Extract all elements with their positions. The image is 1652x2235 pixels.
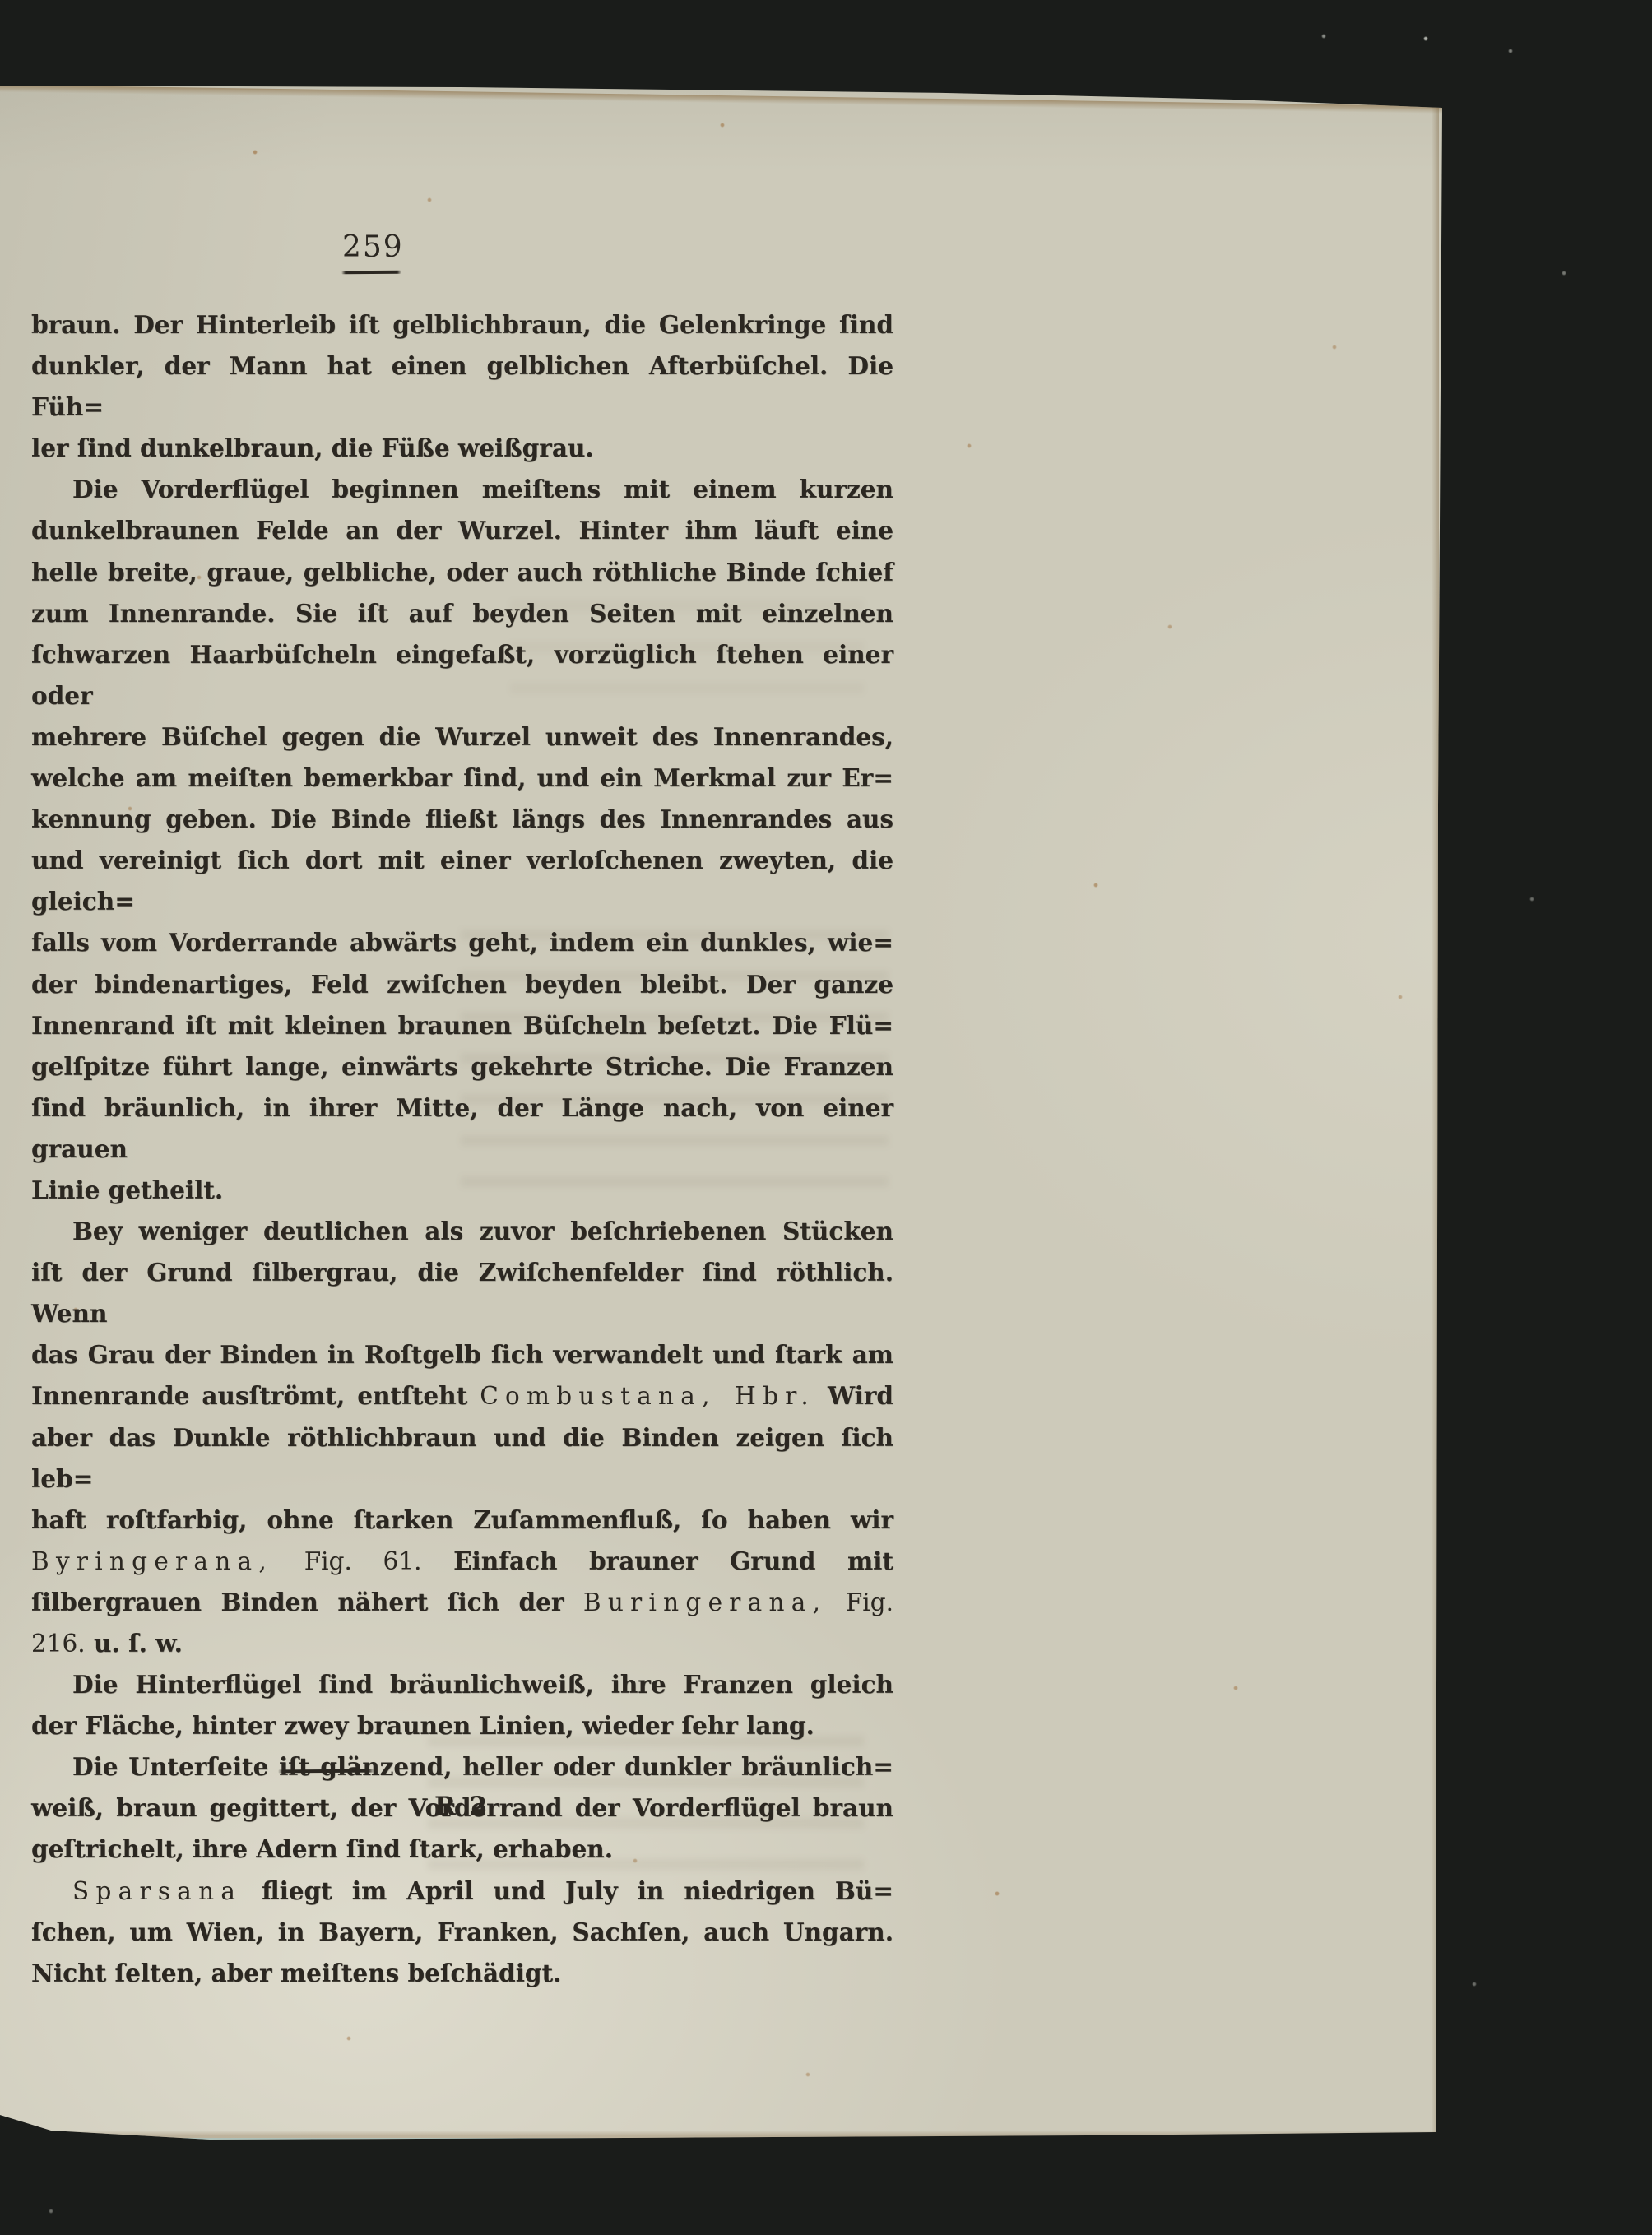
text-line: aber das Dunkle röthlichbraun und die Bi… <box>31 1417 893 1500</box>
paragraph: Sparsana fliegt im April und July in nie… <box>31 1871 893 1994</box>
paper-edge-top <box>0 85 1452 114</box>
text-line: ler ſind dunkelbraun, die Füße weißgrau. <box>31 428 893 469</box>
text-line: falls vom Vorderrande abwärts geht, inde… <box>31 922 893 963</box>
text-line: helle breite, graue, gelbliche, oder auc… <box>31 552 893 593</box>
text-line: und vereinigt ſich dort mit einer verloſ… <box>31 840 893 922</box>
text-line: Die Vorderflügel beginnen meiſtens mit e… <box>31 469 893 510</box>
text-segment: u. ſ. w. <box>86 1629 183 1658</box>
text-line: Innenrand iſt mit kleinen braunen Büſche… <box>31 1005 893 1046</box>
paragraph: Die Hinterflügel ſind bräunlichweiß, ihr… <box>31 1664 893 1746</box>
species-name: Sparsana <box>72 1877 242 1905</box>
text-line: braun. Der Hinterleib iſt gelblichbraun,… <box>31 304 893 345</box>
text-line: gelſpitze führt lange, einwärts gekehrte… <box>31 1046 893 1087</box>
signature-mark: R 2 <box>434 1792 490 1821</box>
text-line: ſind bräunlich, in ihrer Mitte, der Läng… <box>31 1087 893 1170</box>
page-number-underline <box>341 271 401 275</box>
paper-edge-right <box>1432 105 1439 2134</box>
species-name: Byringerana, <box>31 1547 273 1575</box>
paragraph: Die Vorderflügel beginnen meiſtens mit e… <box>31 469 893 1211</box>
text-segment: fliegt im April und July in niedrigen Bü… <box>242 1876 893 1905</box>
scanned-book-page: 259 braun. Der Hinterleib iſt gelblichbr… <box>0 0 1652 2235</box>
text-block: braun. Der Hinterleib iſt gelblichbraun,… <box>31 304 893 1994</box>
text-line: Die Hinterflügel ſind bräunlichweiß, ihr… <box>31 1664 893 1705</box>
text-line: der bindenartiges, Feld zwiſchen beyden … <box>31 964 893 1005</box>
paragraph: Bey weniger deutlichen als zuvor beſchri… <box>31 1211 893 1664</box>
text-line: iſt der Grund ſilbergrau, die Zwiſchenfe… <box>31 1252 893 1334</box>
paragraph: braun. Der Hinterleib iſt gelblichbraun,… <box>31 304 893 469</box>
figure-reference: Fig. <box>827 1588 893 1616</box>
text-line: Innenrande ausſtrömt, entſteht Combustan… <box>31 1375 893 1417</box>
text-line: der Fläche, hinter zwey braunen Linien, … <box>31 1705 893 1746</box>
text-segment: Einfach brauner Grund mit <box>421 1546 893 1575</box>
text-segment: ſilbergrauen Binden nähert ſich der <box>31 1588 583 1616</box>
figure-reference: Fig. 61. <box>273 1547 421 1575</box>
text-line: zum Innenrande. Sie iſt auf beyden Seite… <box>31 593 893 634</box>
text-line: Bey weniger deutlichen als zuvor beſchri… <box>31 1211 893 1252</box>
text-line: haft roſtfarbig, ohne ſtarken Zuſammenfl… <box>31 1500 893 1541</box>
text-line: kennung geben. Die Binde fließt längs de… <box>31 799 893 840</box>
text-line: Byringerana, Fig. 61. Einfach brauner Gr… <box>31 1541 893 1582</box>
text-line: dunkelbraunen Felde an der Wurzel. Hinte… <box>31 510 893 551</box>
species-name: Combustana, Hbr. <box>480 1382 815 1410</box>
text-line: Nicht ſelten, aber meiſtens beſchädigt. <box>31 1953 893 1994</box>
species-name: Buringerana, <box>583 1588 827 1616</box>
text-line: welche am meiſten bemerkbar ſind, und ei… <box>31 758 893 799</box>
figure-reference: 216. <box>31 1630 86 1658</box>
text-segment: Wird <box>815 1381 893 1410</box>
text-line: ſilbergrauen Binden nähert ſich der Buri… <box>31 1582 893 1623</box>
section-divider <box>278 1769 374 1774</box>
text-line: dunkler, der Mann hat einen gelblichen A… <box>31 345 893 428</box>
text-line: ſchwarzen Haarbüſcheln eingefaßt, vorzüg… <box>31 634 893 716</box>
text-line: Die Unterſeite iſt glänzend, heller oder… <box>31 1746 893 1788</box>
text-line: Sparsana fliegt im April und July in nie… <box>31 1871 893 1912</box>
text-line: geſtrichelt, ihre Adern ſind ſtark, erha… <box>31 1829 893 1870</box>
text-line: mehrere Büſchel gegen die Wurzel unweit … <box>31 716 893 758</box>
text-line: ſchen, um Wien, in Bayern, Franken, Sach… <box>31 1912 893 1953</box>
text-line: das Grau der Binden in Roſtgelb ſich ver… <box>31 1334 893 1375</box>
text-line: Linie getheilt. <box>31 1170 893 1211</box>
text-segment: Innenrande ausſtrömt, entſteht <box>31 1381 480 1410</box>
page-number: 259 <box>342 230 403 264</box>
book-page: 259 braun. Der Hinterleib iſt gelblichbr… <box>0 0 1652 2235</box>
text-line: 216. u. ſ. w. <box>31 1623 893 1664</box>
paper-edge-bottom <box>0 2131 1440 2140</box>
